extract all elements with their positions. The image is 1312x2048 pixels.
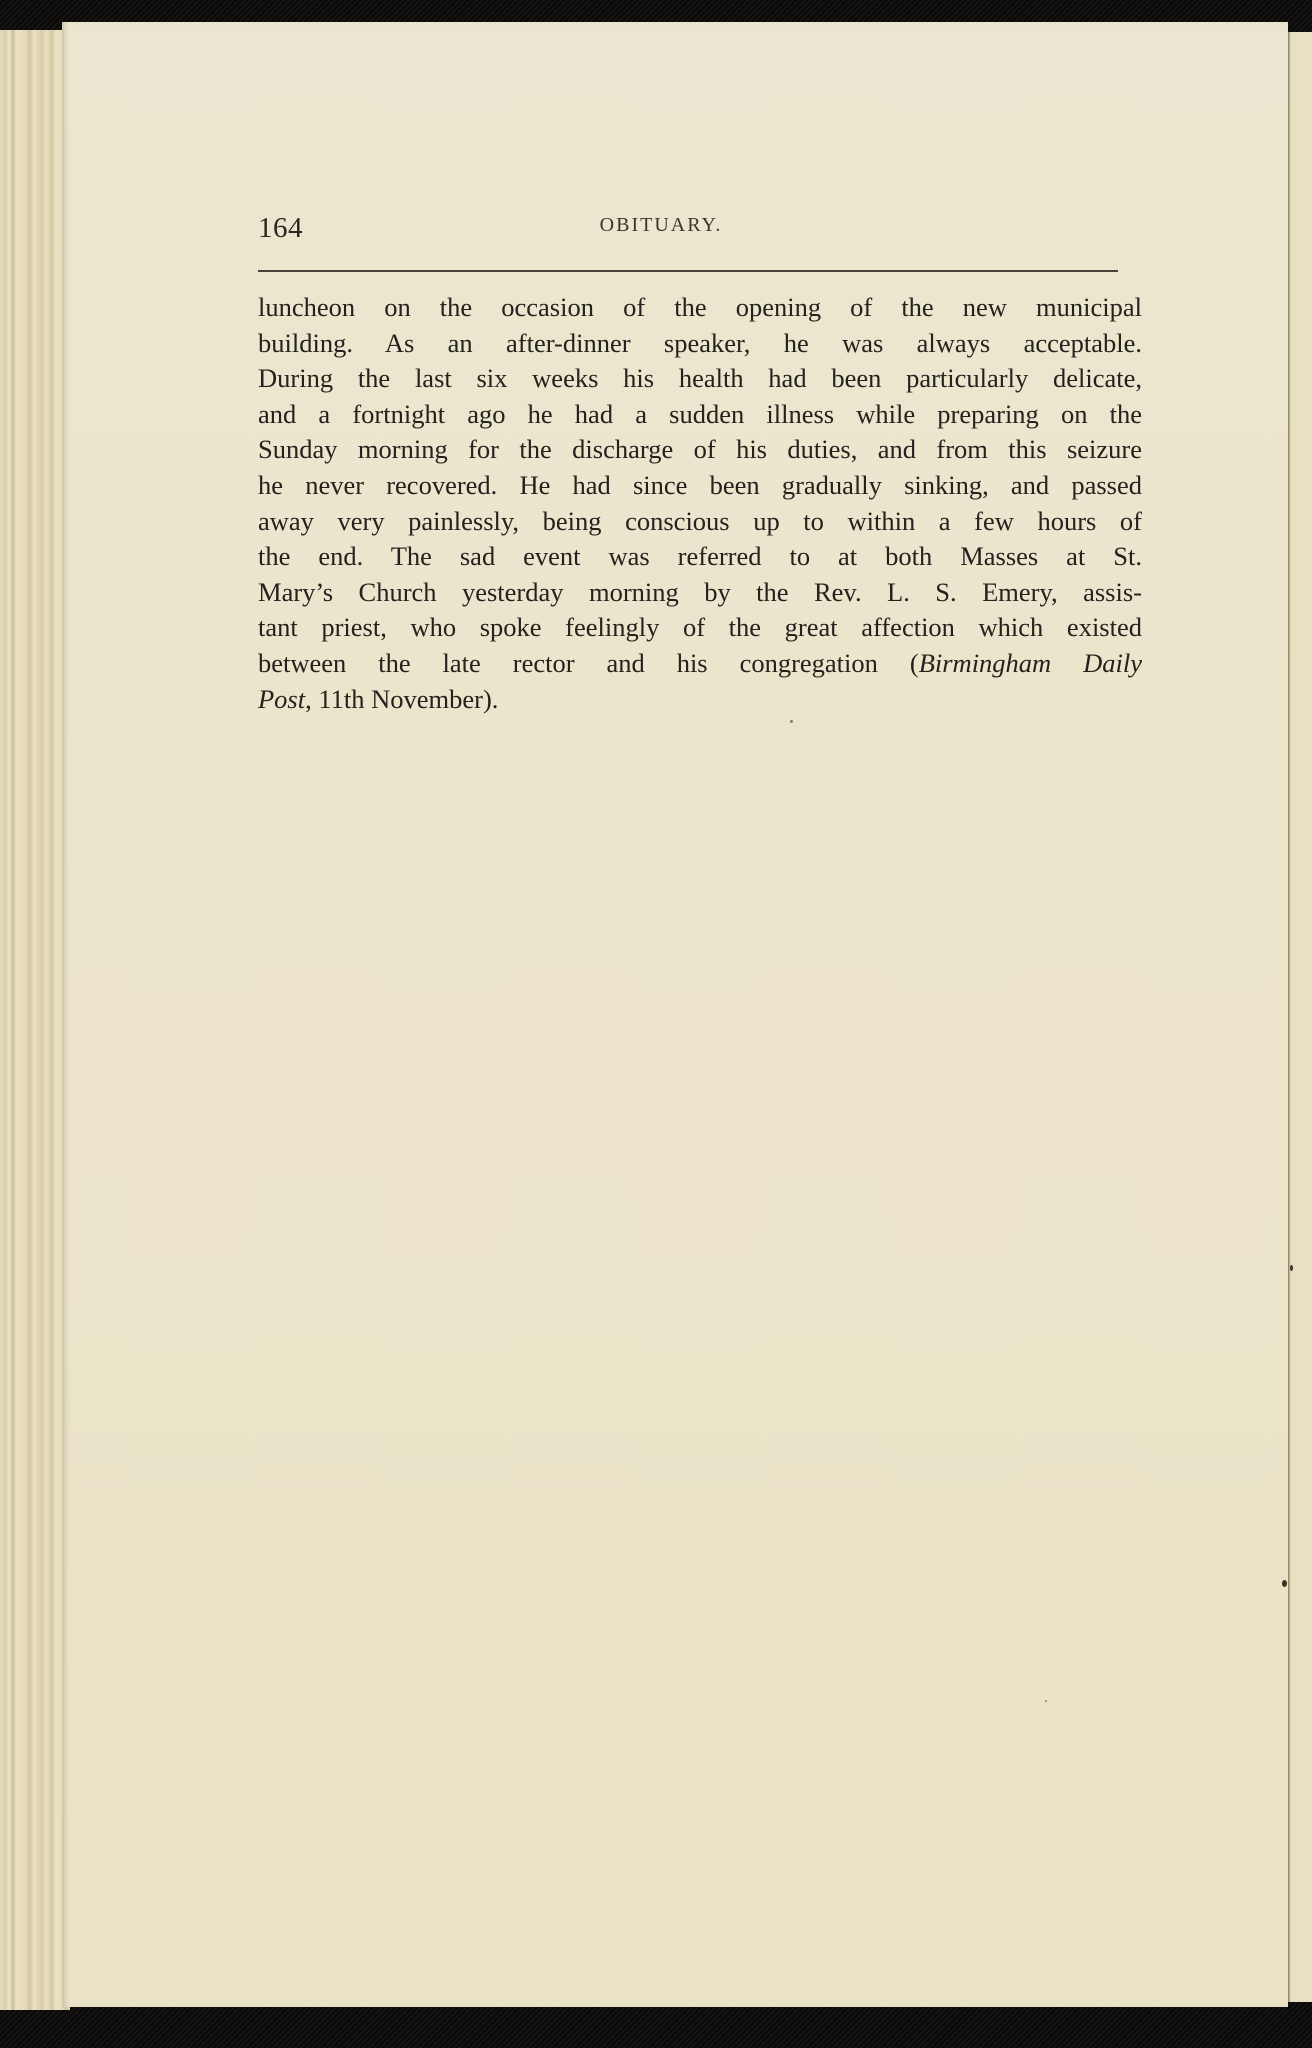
text-line: and a fortnight ago he had a sudden illn… — [258, 397, 1142, 433]
text-line: between the late rector and his congrega… — [258, 646, 1142, 682]
text-line: the end. The sad event was referred to a… — [258, 539, 1142, 575]
paper-speck — [1045, 1700, 1047, 1702]
running-head-title: OBITUARY. — [196, 214, 1056, 237]
running-head: 164 OBITUARY. — [196, 200, 1056, 250]
text-line: he never recovered. He had since been gr… — [258, 468, 1142, 504]
paper-speck — [790, 720, 793, 723]
text-line: away very painlessly, being conscious up… — [258, 504, 1142, 540]
paper-speck — [1290, 1265, 1293, 1271]
page-gutter-edge — [1288, 32, 1312, 2002]
text-run: , 11th November). — [305, 684, 498, 714]
text-line: Mary’s Church yesterday morning by the R… — [258, 575, 1142, 611]
paper-speck — [1282, 1580, 1287, 1587]
header-rule — [258, 270, 1118, 272]
text-line: tant priest, who spoke feelingly of the … — [258, 610, 1142, 646]
text-line: luncheon on the occasion of the opening … — [258, 290, 1142, 326]
text-line: building. As an after-dinner speaker, he… — [258, 326, 1142, 362]
text-line: Sunday morning for the discharge of his … — [258, 432, 1142, 468]
citation-italic: Birmingham Daily — [919, 648, 1142, 678]
obituary-paragraph: luncheon on the occasion of the opening … — [258, 290, 1142, 717]
citation-italic: Post — [258, 684, 305, 714]
page-edge-stack — [0, 30, 70, 2010]
text-line: During the last six weeks his health had… — [258, 361, 1142, 397]
text-line: Post, 11th November). — [258, 682, 1142, 718]
text-run: between the late rector and his congrega… — [258, 648, 919, 678]
